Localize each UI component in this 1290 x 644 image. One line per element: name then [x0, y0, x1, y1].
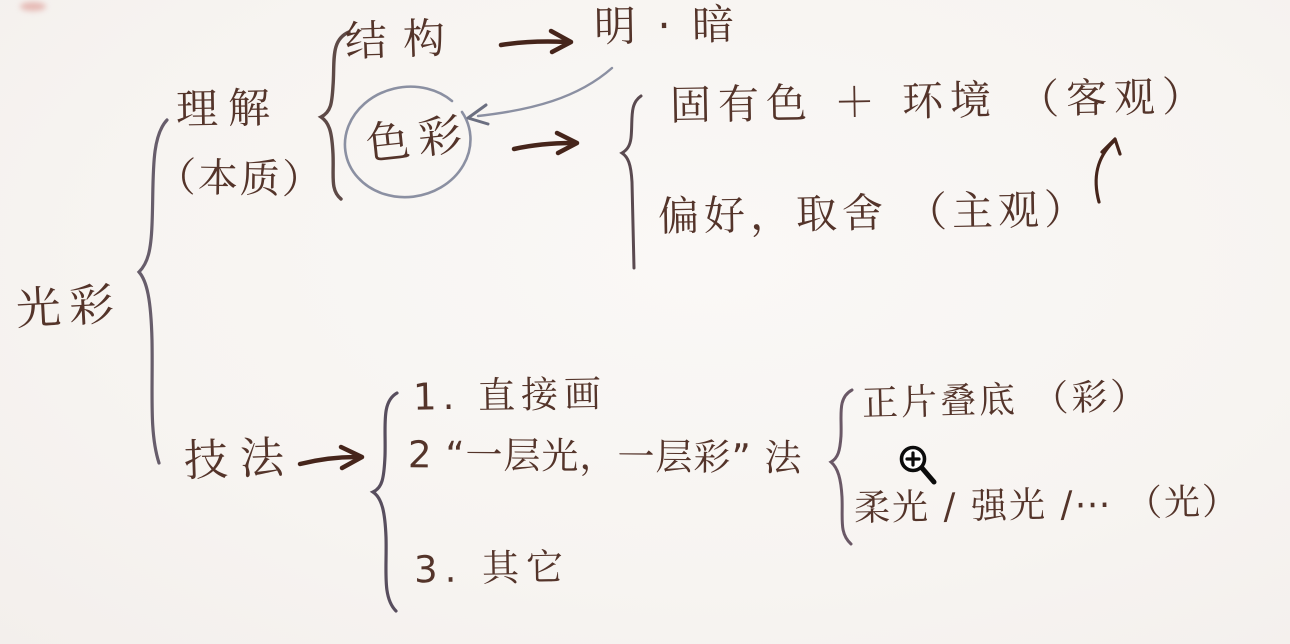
blend-mode-multiply-label: 正片叠底 （彩） — [862, 378, 1150, 423]
root-label: 光彩 — [15, 280, 123, 333]
handwritten-mindmap: 光彩 理解 （本质） 结构 明 · 暗 色彩 固有色 ＋ 环境 （客观） 偏好，… — [0, 0, 1290, 644]
zoom-in-cursor-icon — [902, 448, 935, 483]
layer-modes-brace — [831, 390, 852, 544]
technique-item-3: 3. 其它 — [414, 549, 571, 591]
technique-item-2: 2 “一层光，一层彩” 法 — [408, 436, 803, 478]
subjective-label: 偏好，取舍 （主观） — [658, 188, 1091, 239]
understanding-label: 理解 — [176, 86, 281, 132]
value-to-color-arrow — [478, 68, 612, 116]
technique-label: 技法 — [183, 435, 297, 485]
structure-arrow — [501, 42, 566, 45]
color-results-brace — [622, 96, 641, 268]
structure-label: 结构 — [344, 16, 461, 64]
technique-list-brace — [373, 393, 397, 611]
objective-label: 固有色 ＋ 环境 （客观） — [670, 75, 1211, 127]
structure-result-label: 明 · 暗 — [594, 3, 739, 50]
technique-item-1: 1. 直接画 — [413, 375, 608, 417]
understanding-sublabel: （本质） — [156, 157, 325, 202]
blend-mode-light-label: 柔光 / 强光 /⋯ （光） — [854, 484, 1241, 529]
color-label: 色彩 — [364, 112, 472, 169]
